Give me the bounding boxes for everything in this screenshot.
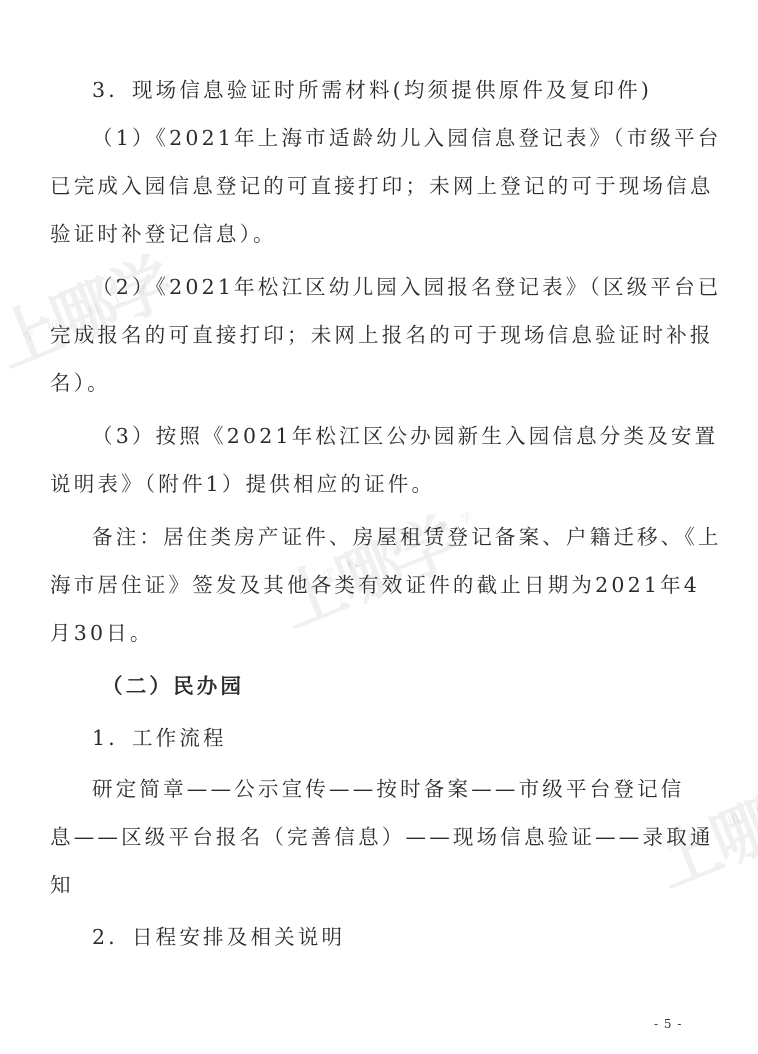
paragraph-line: （3）按照《2021年松江区公办园新生入园信息分类及安置 xyxy=(92,424,718,448)
section-heading-private: （二）民办园 xyxy=(102,674,244,698)
watermark-logo: 上哪学 xyxy=(265,493,466,646)
page-number: - 5 - xyxy=(654,1017,682,1031)
section-heading-3: 3．现场信息验证时所需材料(均须提供原件及复印件) xyxy=(92,78,652,102)
note-line: 月30日。 xyxy=(50,621,154,645)
document-page: 上哪学 学校 用上哪学 上哪学 学校 用上哪学 上哪学 学校 用上哪学 3．现场… xyxy=(0,0,758,1054)
section-heading-2: 2．日程安排及相关说明 xyxy=(92,925,345,949)
note-line: 备注：居住类房产证件、房屋租赁登记备案、户籍迁移、《上 xyxy=(92,525,722,549)
workflow-line: 研定简章——公示宣传——按时备案——市级平台登记信 xyxy=(92,777,685,801)
paragraph-line: 完成报名的可直接打印；未网上报名的可于现场信息验证时补报 xyxy=(50,323,714,347)
paragraph-line: 已完成入园信息登记的可直接打印；未网上登记的可于现场信息 xyxy=(50,174,714,198)
section-heading-1: 1．工作流程 xyxy=(92,726,227,750)
watermark-logo: 上哪学 xyxy=(0,233,181,386)
workflow-line: 息——区级平台报名（完善信息）——现场信息验证——录取通 xyxy=(50,825,714,849)
paragraph-line: （2）《2021年松江区幼儿园入园报名登记表》（区级平台已 xyxy=(92,275,722,299)
paragraph-line: 说明表》（附件1）提供相应的证件。 xyxy=(50,472,435,496)
paragraph-line: 验证时补登记信息）。 xyxy=(50,222,277,246)
workflow-line: 知 xyxy=(50,873,74,897)
paragraph-line: （1）《2021年上海市适龄幼儿入园信息登记表》（市级平台 xyxy=(92,126,722,150)
paragraph-line: 名）。 xyxy=(50,371,111,395)
note-line: 海市居住证》签发及其他各类有效证件的截止日期为2021年4 xyxy=(50,573,700,597)
